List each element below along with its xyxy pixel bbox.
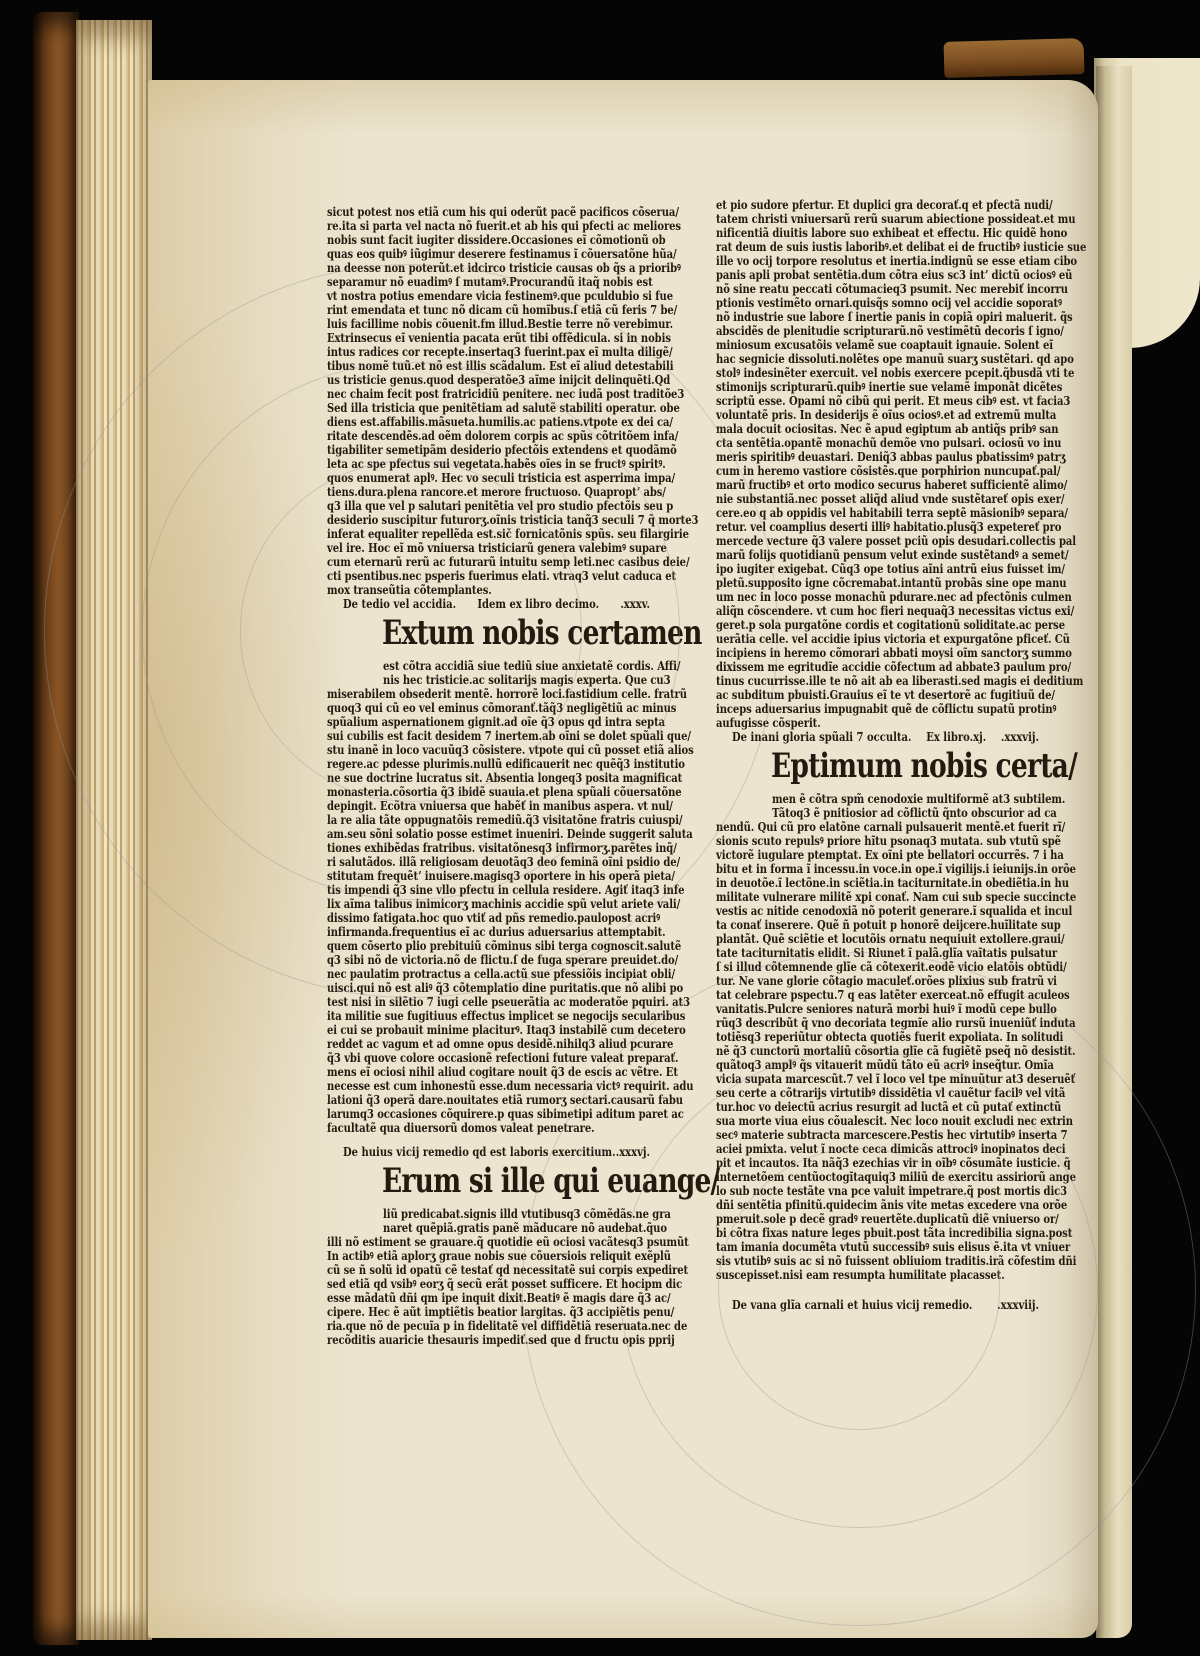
text-line: stu inanẽ in loco vacuũq3 cõsistere. vtp… (327, 743, 658, 757)
paragraph-otium: et pio sudore pfertur. Et duplici gra de… (716, 198, 1047, 730)
text-line: liũ predicabat.signis illd vtutibusq3 cõ… (383, 1207, 658, 1221)
right-text-column: et pio sudore pfertur. Et duplici gra de… (716, 198, 1047, 1312)
text-line: naret quẽpiã.gratis panẽ mãducare nõ aud… (383, 1221, 658, 1235)
text-line: monasteria.cõsortia q̃3 ibidẽ suauia.et … (327, 785, 658, 799)
text-line: meris spiritibꝰ deuastari. Deniq̃3 abbas… (716, 450, 1047, 464)
text-line: tat celebrare pspectu.7 q eas latẽter ex… (716, 988, 1047, 1002)
text-line: stitutam frequẽtʼ inuisere.magisq3 oport… (327, 869, 658, 883)
text-line: inceps aduersarius impugnabit quẽ de cõf… (716, 702, 1047, 716)
text-line: q̃3 vbi quove colore occasionẽ refection… (327, 1051, 658, 1065)
leather-top-edge (944, 38, 1085, 78)
text-line: Tãtoq3 ẽ pnitiosior ad cõflictũ q̃nto ob… (772, 806, 1047, 820)
chapter-heading-septimum: Eptimum nobis certa/ (771, 746, 986, 788)
text-line: rũq3 describũt q̃ vno decoriata tegmĩe a… (716, 1016, 1047, 1030)
text-line: vt nostra potius emendare vicia festinem… (327, 289, 658, 303)
chapter-rubric-inani-gloria: De inani gloria spũali 7 occulta. Ex lib… (716, 730, 1047, 744)
text-line: pmeruit.sole p decẽ gradꝰ reuertẽte.dupl… (716, 1212, 1047, 1226)
text-line: stolꝰ indesinẽter exercuit. vel nobis ex… (716, 366, 1047, 380)
text-line: stimonijs scripturarũ.quibꝰ inertie sue … (716, 380, 1047, 394)
book-page: sicut potest nos etiã cum his qui oderũt… (148, 80, 1098, 1638)
text-line: ei cui se probauit minime placiturꝰ. Ita… (327, 1023, 658, 1037)
rubric-chapter-number: .xxxvj. (616, 1145, 650, 1159)
text-line: illi nõ estiment se grauare.q̃ quotidie … (327, 1235, 658, 1249)
text-line: dixissem me egritudĩe accidie cõfectum a… (716, 660, 1047, 674)
text-line: ritate descendẽs.ad oẽm dolorem corpis a… (327, 429, 658, 443)
text-line: In actibꝰ etiã aplorʒ graue nobis sue cõ… (327, 1249, 658, 1263)
text-line: desiderio suscipitur futurorʒ.oĩnis tris… (327, 513, 658, 527)
text-line: panis apli probat sentẽtia.dum cõtra eiu… (716, 268, 1047, 282)
text-line: ipo iugiter exigebat. Cũq3 ope totius aĩ… (716, 562, 1047, 576)
text-line: spũalium aspernationem gignit.ad oĩe q̃3… (327, 715, 658, 729)
rubric-chapter-number: .xxxvij. (1001, 730, 1039, 744)
text-line: in deuotõe.ĩ lectõne.in sciẽtia.in tacit… (716, 876, 1047, 890)
leather-binding-edge (33, 12, 79, 1645)
text-line: us tristicie genus.quod desperatõe3 aĩme… (327, 373, 658, 387)
text-line: uerãtia celle. vel accidie ipius victori… (716, 632, 1047, 646)
text-line: test nisi in silẽtio 7 iugi celle pseuer… (327, 995, 658, 1009)
text-line: tate taciturnitatis elidit. Si Riunet ĩ … (716, 946, 1047, 960)
text-line: tis impendi q̃3 sine vllo pfectu in cell… (327, 883, 658, 897)
text-line: Sed illa tristicia que penitẽtiam ad sal… (327, 401, 658, 415)
text-line: tiones exhibẽdas fratribus. visitatõnesq… (327, 841, 658, 855)
rubric-title: De inani gloria spũali 7 occulta. (732, 730, 912, 744)
text-line: nẽ q̃3 cunctorũ mortaliũ cõsortia glĩe c… (716, 1044, 1047, 1058)
text-line: nificentiã diuitis labore suo exhibeat e… (716, 226, 1047, 240)
facing-page-strip (1096, 66, 1132, 1638)
text-line: regere.ac pdesse plurimis.nullũ edificau… (327, 757, 658, 771)
text-line: mala docuit ociositas. Nec ẽ apud egiptu… (716, 422, 1047, 436)
text-line: men ẽ cõtra spm̃ cenodoxie multiformẽ at… (772, 792, 1047, 806)
text-line: dñi sentẽtia pfinitũ.quidecim ãnis vite … (716, 1198, 1047, 1212)
text-line: seu certe a cõtrarijs virtutibꝰ dissidẽt… (716, 1086, 1047, 1100)
text-line: sui cubilis est facit desidem 7 inertem.… (327, 729, 658, 743)
text-line: totiẽsq3 reperiũtur obtecta quotiẽs fuer… (716, 1030, 1047, 1044)
text-line: aufugisse cõsperit. (716, 716, 1047, 730)
text-line: ria.que nõ de pecuĩa p in fidelitatẽ vel… (327, 1319, 658, 1333)
text-line: victorẽ iugulare ptemptat. Ex oĩni pte b… (716, 848, 1047, 862)
text-line: miniosum excusatõis velamẽ sue coaptauit… (716, 338, 1047, 352)
text-line: leta ac spe pfectus sui vegetata.habẽs o… (327, 457, 658, 471)
text-line: reddet ac vagum et ad omne opus desidẽ.n… (327, 1037, 658, 1051)
chapter-rubric-labor: De huius vicij remedio qd est laboris ex… (327, 1145, 658, 1159)
text-line: nec paulatim protractus a cella.actũ sue… (327, 967, 658, 981)
text-line: am.seu sõni solatio posse estimet inueni… (327, 827, 658, 841)
text-line: diens est.affabilis.mãsueta.humilis.ac p… (327, 415, 658, 429)
text-line: geret.p sola purgatõne cordis et cogitat… (716, 618, 1047, 632)
text-line: na deesse non poterũt.et idcirco tristic… (327, 261, 658, 275)
text-line: tibus nomẽ tuũ.et nõ est illis scãdalum.… (327, 359, 658, 373)
text-line: nie substantiã.nec posset aliq̃d aliud v… (716, 492, 1047, 506)
text-line: vanitatis.Pulcre seniores naturã morbi h… (716, 1002, 1047, 1016)
text-line: vestis ac nitide cenodoxiã nõ poterit ge… (716, 904, 1047, 918)
rubric-chapter-number: .xxxviij. (997, 1298, 1039, 1312)
text-line: ri salutãdos. illã religiosam deuotãq3 d… (327, 855, 658, 869)
rubric-source: Idem ex libro decimo. (477, 597, 599, 611)
text-line: sicut potest nos etiã cum his qui oderũt… (327, 205, 658, 219)
text-line: nõ industrie sue labore ſ inertie panis … (716, 310, 1047, 324)
text-line: pletũ.supposito igne cõcremabat.intantũ … (716, 576, 1047, 590)
text-line: ita militie sue fugitiuus effectus impli… (327, 1009, 658, 1023)
text-line: lix aĩma talibus inimicorʒ machinis acci… (327, 897, 658, 911)
text-line: ac subditum pbuisti.Grauius eĩ te vt des… (716, 688, 1047, 702)
chapter-heading-verum: Erum si ille qui euange/ (382, 1161, 597, 1203)
text-line: tam imania documẽta vtutũ successibꝰ sui… (716, 1240, 1047, 1254)
text-line: intus radices cor recepte.insertaq3 fuer… (327, 345, 658, 359)
text-line: nis hec tristicie.ac solitarijs magis ex… (383, 673, 658, 687)
text-line: mercede vecture q̃3 valere posset pciũ o… (716, 534, 1047, 548)
text-line: mox transeũtia cõtemplantes. (327, 583, 658, 597)
text-line: ne sue doctrine lucratus sit. Absentia l… (327, 771, 658, 785)
text-line: rint emendata et tunc nõ dicam cũ homĩbu… (327, 303, 658, 317)
book-photograph: sicut potest nos etiã cum his qui oderũt… (0, 0, 1200, 1656)
page-edge-stack (76, 20, 152, 1640)
rubric-chapter-number: .xxxv. (620, 597, 650, 611)
text-line: bitu et in forma ĩ incessu.in voce.in op… (716, 862, 1047, 876)
text-line: tigabiliter semetipãm desiderio pfectõis… (327, 443, 658, 457)
text-line: abscidẽs de plenitudie scripturarũ.nõ ve… (716, 324, 1047, 338)
text-line: scriptũ esse. Opami nõ cibũ qui perit. E… (716, 394, 1047, 408)
paragraph-labor-indent: liũ predicabat.signis illd vtutibusq3 cõ… (383, 1207, 658, 1235)
text-line: inferat equaliter repellẽda est.sič forn… (327, 527, 658, 541)
chapter-rubric-accidia: De tedio vel accidia. Idem ex libro deci… (327, 597, 658, 611)
text-line: nendũ. Qui cũ pro elatõne carnali pulsau… (716, 820, 1047, 834)
text-line: luis facillime nobis cõuenit.fm illud.Be… (327, 317, 658, 331)
rubric-source: Ex libro.xj. (926, 730, 986, 744)
text-line: cum eternarũ rerũ ac futurarũ intuitu se… (327, 555, 658, 569)
text-line: quos enumerat aplꝰ. Hec vo seculi tristi… (327, 471, 658, 485)
text-line: uisci.qui nõ est aliꝰ q̃3 cõtemplatio di… (327, 981, 658, 995)
text-line: ſ si illud cõtemnende glĩe cã cõtexerit.… (716, 960, 1047, 974)
text-line: mens eĩ ociosi nihil aliud cogitare noui… (327, 1065, 658, 1079)
text-line: re.ita si parta vel nacta nõ fuerit.et a… (327, 219, 658, 233)
text-line: tur. Ne vane glorie cõtagio maculeť.orõe… (716, 974, 1047, 988)
text-line: cũ se ñ solũ id opatũ cẽ testať qd neces… (327, 1263, 658, 1277)
text-line: tiens.dura.plena rancore.et merore fruct… (327, 485, 658, 499)
rubric-title: De tedio vel accidia. (343, 597, 456, 611)
text-line: recõditis auaricie thesauris impediť.sed… (327, 1333, 658, 1347)
text-line: cum in heremo vastiore cõsistẽs.que porp… (716, 464, 1047, 478)
paragraph-accidia: miserabilem obsederit mentẽ. horrorẽ loc… (327, 687, 658, 1135)
text-line: incipiens in heremo cõmorari abbati moys… (716, 646, 1047, 660)
text-line: sed etiã qd vsibꝰ eorʒ q̃ secũ erãt poss… (327, 1277, 658, 1291)
text-line: sionis scuto repulsꝰ priore hĩtu psonaq3… (716, 834, 1047, 848)
text-line: larumq3 occasiones cõquirere.p quas sibi… (327, 1107, 658, 1121)
text-line: quas eos quibꝰ iũgimur deserere festinam… (327, 247, 658, 261)
text-line: militate vulnerare militẽ xpi conať. Nam… (716, 890, 1047, 904)
text-line: esse mãdatũ dñi qm ipe inquit dixit.Beat… (327, 1291, 658, 1305)
paragraph-accidia-indent: est cõtra accidiã siue tediũ siue anxiet… (383, 659, 658, 687)
text-line: cta sentẽtia.opantẽ monachũ demõe vno pu… (716, 436, 1047, 450)
text-line: suscepisset.nisi eam resumpta humilitate… (716, 1268, 1047, 1282)
text-line: separamur nõ euadimꝰ ſ mutamꝰ.Procurandũ… (327, 275, 658, 289)
text-line: ta conať inserere. Quẽ ñ potuit p honorẽ… (716, 918, 1047, 932)
text-line: pit et incautos. Ita nãq̃3 ezechias vir … (716, 1156, 1047, 1170)
text-line: la re alia tãte oppugnatõis remediũ.q̃3 … (327, 813, 658, 827)
text-line: cere.eo q ab oppidis vel habitabili terr… (716, 506, 1047, 520)
text-line: hac segnicie dissoluti.nolẽtes ope manuũ… (716, 352, 1047, 366)
chapter-heading-sextum: Extum nobis certamen (382, 613, 597, 655)
text-line: retur. vel coamplius deserti illiꝰ habit… (716, 520, 1047, 534)
text-line: est cõtra accidiã siue tediũ siue anxiet… (383, 659, 658, 673)
text-line: bi cõtra fixas nature leges pbuit.post t… (716, 1226, 1047, 1240)
text-line: tatem christi vniuersarũ rerũ suarum abi… (716, 212, 1047, 226)
paragraph-tristitia: sicut potest nos etiã cum his qui oderũt… (327, 205, 658, 597)
paragraph-cenodoxia-indent: men ẽ cõtra spm̃ cenodoxie multiformẽ at… (772, 792, 1047, 820)
text-line: um nec in loco posse monachũ pdurare.nec… (716, 590, 1047, 604)
text-line: marũ fructibꝰ et orto modico securus hab… (716, 478, 1047, 492)
text-line: cti psentibus.nec psperis fuerimus elati… (327, 569, 658, 583)
text-line: necesse est cum inhonestũ esse.dum neces… (327, 1079, 658, 1093)
text-line: tinus cucurrisse.ille te nõ ait ab ea li… (716, 674, 1047, 688)
text-line: voluntatẽ pris. In desiderijs ẽ oĩus oci… (716, 408, 1047, 422)
text-line: q3 sibi nõ de victoria.nõ de flictu.ſ de… (327, 953, 658, 967)
text-line: miserabilem obsederit mentẽ. horrorẽ loc… (327, 687, 658, 701)
paragraph-labor: illi nõ estiment se grauare.q̃ quotidie … (327, 1235, 658, 1347)
text-line: internetõem centũoctogĩtaquiq3 miliũ de … (716, 1170, 1047, 1184)
text-line: q3 illa que vel p salutari penitẽtia vel… (327, 499, 658, 513)
text-line: infirmanda.frequentius eĩ ac durius adue… (327, 925, 658, 939)
text-line: sis vtutibꝰ suis ac si nõ fuissent obliu… (716, 1254, 1047, 1268)
text-line: et pio sudore pfertur. Et duplici gra de… (716, 198, 1047, 212)
text-line: rat deum de suis iustis laboribꝰ.et deli… (716, 240, 1047, 254)
text-line: aliq̃n cõscendere. vt cum hoc fieri nequ… (716, 604, 1047, 618)
text-line: dissimo fatigata.hoc quo vtiť ad pñs rem… (327, 911, 658, 925)
text-line: quoq3 qui cũ eo vel eminus cõmoranť.tãq̃… (327, 701, 658, 715)
text-line: ptionis vestimẽto ornari.quisq̃s somno o… (716, 296, 1047, 310)
text-line: plantãt. Quẽ sciẽtie et locutõis ornatu … (716, 932, 1047, 946)
rubric-title: De huius vicij remedio qd est laboris ex… (343, 1145, 616, 1159)
chapter-rubric-vana-gloria: De vana glĩa carnali et huius vicij reme… (716, 1298, 1047, 1312)
text-line: secꝰ materie subtracta marcescere.Pestis… (716, 1128, 1047, 1142)
text-line: lo sub nocte testãte vna pce valuit impe… (716, 1184, 1047, 1198)
text-line: marũ folijs quotidianũ pensum velut exin… (716, 548, 1047, 562)
text-line: lationi q̃3 operã dare.nouitates etiã ru… (327, 1093, 658, 1107)
text-line: vel ire. Hoc eĩ mõ vniuersa tristiciarũ … (327, 541, 658, 555)
text-line: quem cõserto plio prebituiũ cõminus sibi… (327, 939, 658, 953)
text-line: Extrinsecus eĩ venientia pacata erũt tib… (327, 331, 658, 345)
text-line: facultatẽ qua diuersorũ domos valeat pen… (327, 1121, 658, 1135)
paragraph-cenodoxia: nendũ. Qui cũ pro elatõne carnali pulsau… (716, 820, 1047, 1282)
text-line: quãtoq3 amplꝰ q̃s vitauerit mũdũ tãto eũ… (716, 1058, 1047, 1072)
text-line: aciei pmixta. velut ĩ nocte ceca dimicãs… (716, 1142, 1047, 1156)
text-line: nec chaim fecit post fratricidiũ peniter… (327, 387, 658, 401)
text-line: nõ sine reatu peccati cõtumacieq3 psumit… (716, 282, 1047, 296)
text-line: nobis sunt facit iugiter dissidere.Occas… (327, 233, 658, 247)
text-line: ille vo ocij torpore resolutus et inerti… (716, 254, 1047, 268)
rubric-title: De vana glĩa carnali et huius vicij reme… (732, 1298, 972, 1312)
text-line: tur.hoc vo deiectũ acrius resurgit ad lu… (716, 1100, 1047, 1114)
text-line: vicia supata marcescũt.7 vel ĩ loco vel … (716, 1072, 1047, 1086)
text-line: depingit. Ecõtra vniuersa que habẽť in m… (327, 799, 658, 813)
text-line: cipere. Hec ẽ aũt imptiẽtis beatior larg… (327, 1305, 658, 1319)
left-text-column: sicut potest nos etiã cum his qui oderũt… (327, 205, 658, 1347)
text-line: sua morte viua eius cõualescit. Nec loco… (716, 1114, 1047, 1128)
